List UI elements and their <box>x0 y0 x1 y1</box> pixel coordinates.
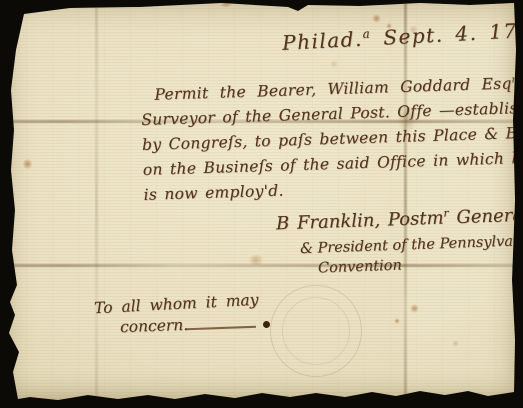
fold-crease-horizontal-bottom <box>0 264 523 267</box>
signature-line-3: Convention <box>318 258 402 277</box>
address-line-2: concern. <box>120 316 189 336</box>
fold-crease-vertical-right <box>404 0 407 408</box>
document-paper: Philad.a Sept. 4. 1776 Permit the Bearer… <box>0 0 523 408</box>
signature-title: General <box>448 205 523 229</box>
ink-dot <box>263 321 270 328</box>
foxing-stain <box>452 340 459 347</box>
foxing-stain <box>218 0 234 7</box>
dateline-superscript: a <box>362 27 371 41</box>
foxing-stain <box>394 318 400 324</box>
letter-body: Permit the Bearer, William Goddard Esqr … <box>140 66 523 208</box>
foxing-stain <box>23 158 32 170</box>
foxing-stain <box>372 14 381 23</box>
foxing-stain <box>330 60 338 68</box>
address-line-1: To all whom it may <box>94 291 259 318</box>
foxing-stain <box>410 304 419 313</box>
fold-crease-vertical-left <box>95 0 98 408</box>
concern-dash <box>186 326 256 330</box>
foxing-stain <box>247 255 265 265</box>
dateline-place: Philad. <box>282 27 364 55</box>
watermark-ring <box>282 297 350 365</box>
body-line-1-superscript: r <box>511 74 516 85</box>
